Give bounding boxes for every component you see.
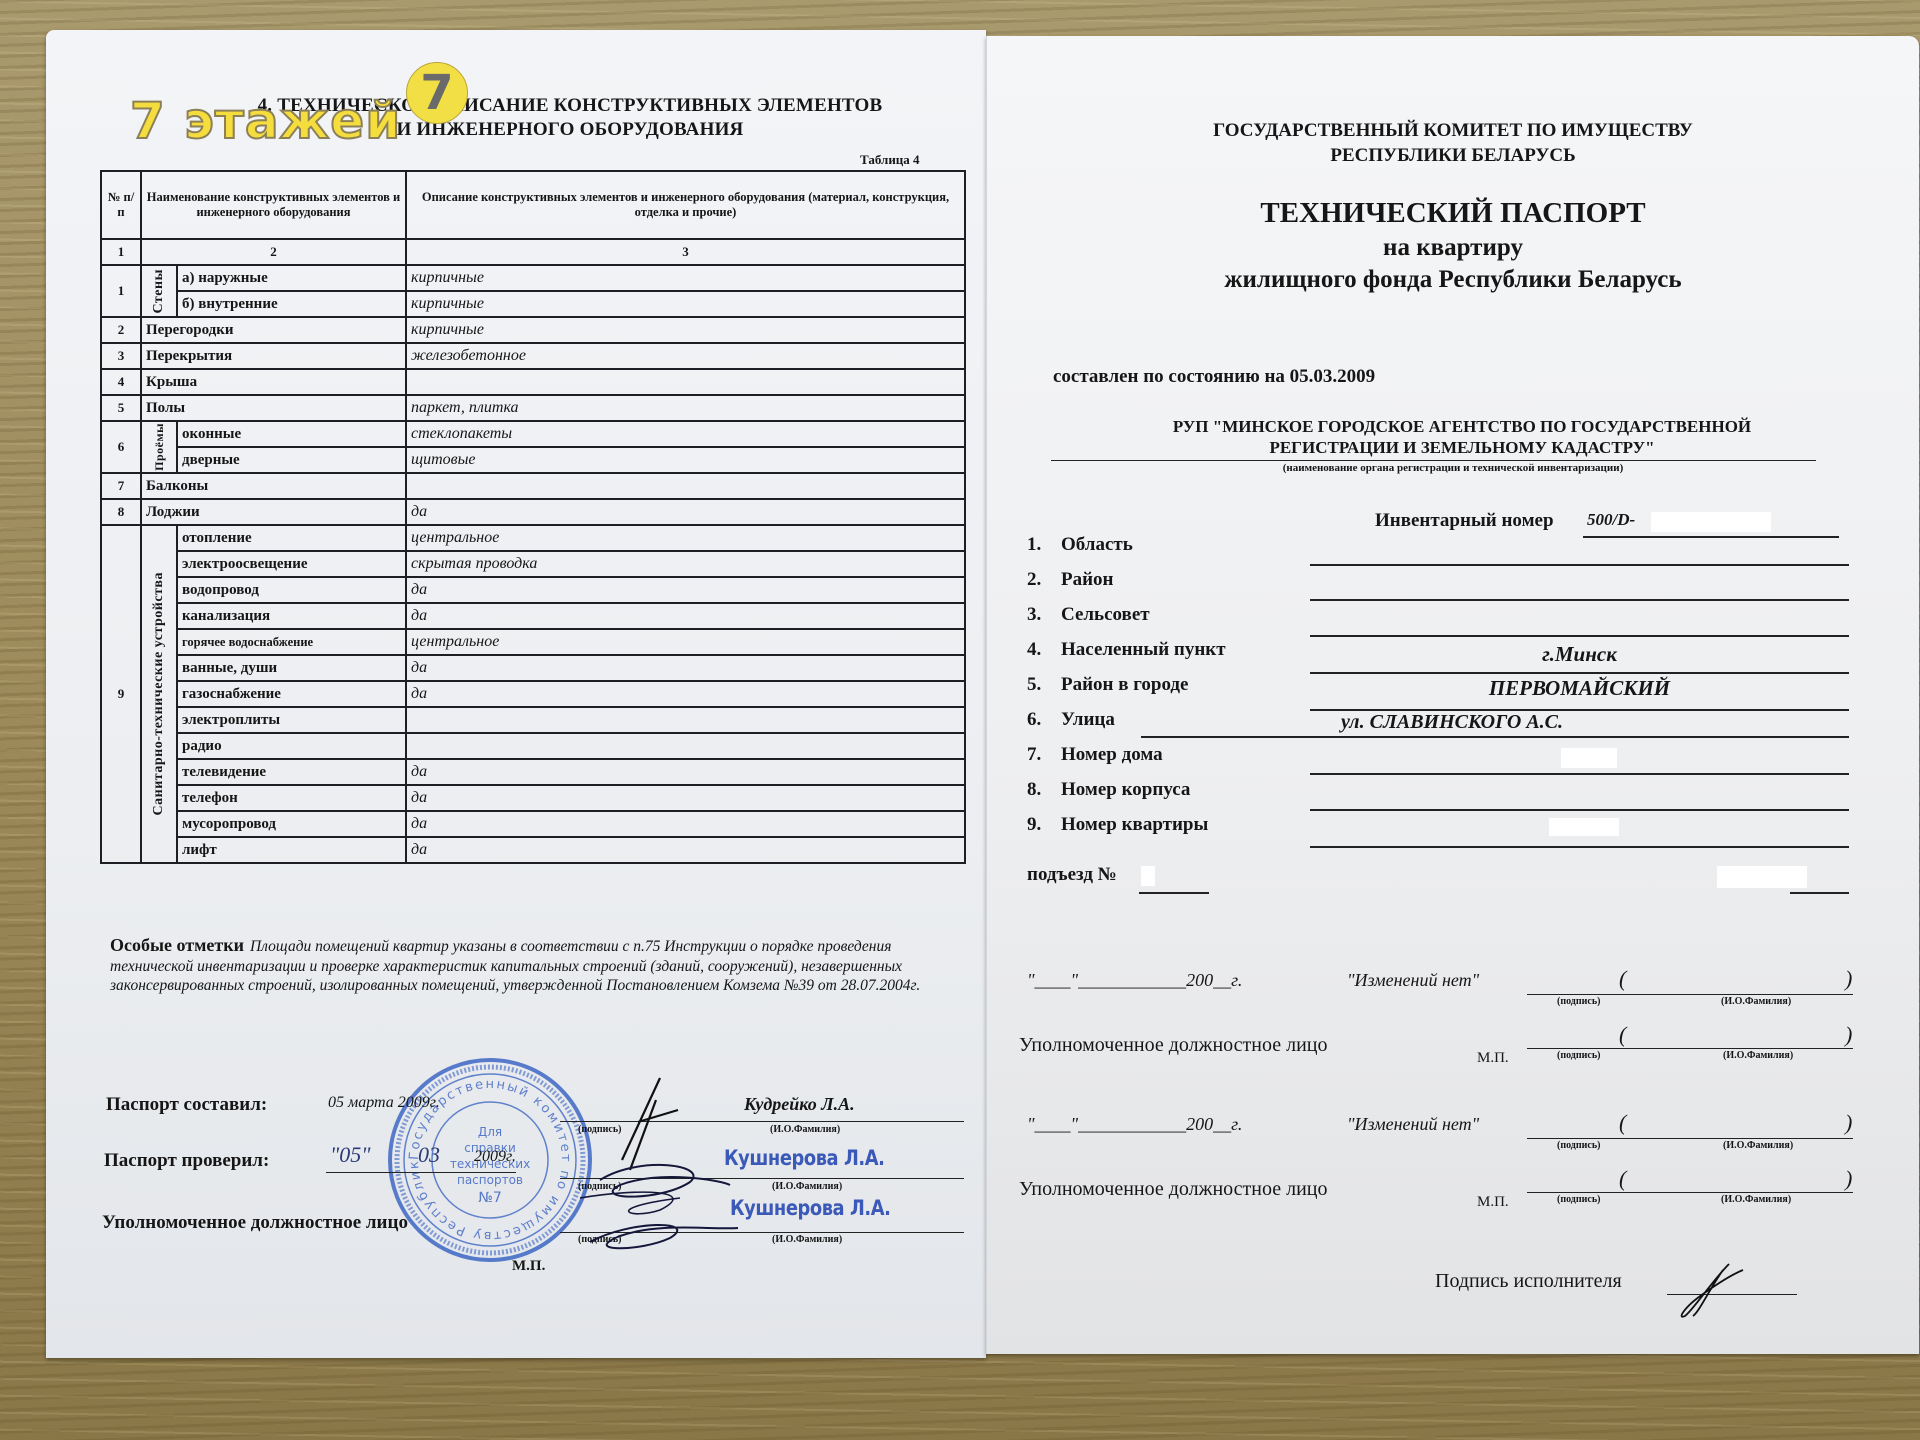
svg-text:№7: №7 xyxy=(478,1190,501,1206)
header-desc: Описание конструктивных элементов и инже… xyxy=(406,171,965,239)
document-title: ТЕХНИЧЕСКИЙ ПАСПОРТ xyxy=(987,196,1919,230)
row-name: электроосвещение xyxy=(177,551,406,577)
row-name: Лоджии xyxy=(141,499,406,525)
table-row: водопроводда xyxy=(101,577,965,603)
entrance-field: подъезд № xyxy=(1027,864,1117,886)
row-desc xyxy=(406,707,965,733)
field-house-number: 7.Номер дома xyxy=(1027,744,1163,766)
table-caption: Таблица 4 xyxy=(860,152,920,168)
paren-open: ( xyxy=(1619,966,1626,992)
row-num: 6 xyxy=(101,421,141,473)
change-date-template: "____"____________200__г. xyxy=(1027,1114,1242,1134)
redacted-area xyxy=(1717,866,1807,888)
spec-table: № п/п Наименование конструктивных элемен… xyxy=(100,170,966,864)
field-label: Номер дома xyxy=(1061,744,1163,765)
official-signature-line xyxy=(1527,1192,1853,1193)
field-village-council-line xyxy=(1310,635,1849,637)
field-village-council: 3.Сельсовет xyxy=(1027,604,1150,626)
org-name: ГОСУДАРСТВЕННЫЙ КОМИТЕТ ПО ИМУЩЕСТВУ РЕС… xyxy=(987,118,1919,168)
signature-scribble-icon xyxy=(560,1070,760,1260)
row-desc: кирпичные xyxy=(406,265,965,291)
table-row: 9 Санитарно-технические устройства отопл… xyxy=(101,525,965,551)
row-name: лифт xyxy=(177,837,406,863)
row-desc: кирпичные xyxy=(406,291,965,317)
table-row: 2 Перегородки кирпичные xyxy=(101,317,965,343)
group-label: Санитарно-технические устройства xyxy=(151,572,167,815)
checked-month: 03 xyxy=(418,1142,440,1168)
row-name: Перекрытия xyxy=(141,343,406,369)
field-street-line xyxy=(1141,736,1849,738)
field-num: 4. xyxy=(1027,639,1061,661)
row-desc: кирпичные xyxy=(406,317,965,343)
document-subtitle1: на квартиру xyxy=(987,232,1919,264)
row-desc xyxy=(406,473,965,499)
header-name: Наименование конструктивных элементов и … xyxy=(141,171,406,239)
field-house-number-line xyxy=(1310,773,1849,775)
official-signature-line xyxy=(1527,1048,1853,1049)
field-city-district-value: ПЕРВОМАЙСКИЙ xyxy=(1310,676,1849,701)
special-notes-label: Особые отметки xyxy=(110,935,244,955)
row-num: 9 xyxy=(101,525,141,863)
name-caption: (И.О.Фамилия) xyxy=(772,1181,842,1192)
field-label: Улица xyxy=(1061,709,1115,730)
field-num: 1. xyxy=(1027,534,1061,556)
table-row: газоснабжениеда xyxy=(101,681,965,707)
agency-line2: РЕГИСТРАЦИИ И ЗЕМЕЛЬНОМУ КАДАСТРУ" xyxy=(1047,437,1877,458)
no-changes-label: "Изменений нет" xyxy=(1347,970,1479,990)
row-num: 3 xyxy=(101,343,141,369)
field-district-line xyxy=(1310,599,1849,601)
field-num: 6. xyxy=(1027,709,1061,731)
table-row: телефонда xyxy=(101,785,965,811)
signature-caption: (подпись) xyxy=(1557,1140,1600,1151)
paren-close: ) xyxy=(1845,966,1852,992)
row-num: 2 xyxy=(101,317,141,343)
row-desc: да xyxy=(406,603,965,629)
seal-label: М.П. xyxy=(1477,1050,1509,1067)
checked-label: Паспорт проверил: xyxy=(104,1150,269,1172)
field-label: Район в городе xyxy=(1061,674,1188,695)
row-num: 4 xyxy=(101,369,141,395)
row-desc: щитовые xyxy=(406,447,965,473)
agency-name: РУП "МИНСКОЕ ГОРОДСКОЕ АГЕНТСТВО ПО ГОСУ… xyxy=(1047,416,1877,458)
checked-year: 2009г. xyxy=(474,1148,516,1166)
paren-close: ) xyxy=(1845,1110,1852,1136)
redacted-area xyxy=(1549,818,1619,836)
row-name: Полы xyxy=(141,395,406,421)
row-name: горячее водоснабжение xyxy=(177,629,406,655)
row-name: Перегородки xyxy=(141,317,406,343)
seal-label: М.П. xyxy=(512,1258,545,1275)
field-label: Область xyxy=(1061,534,1133,555)
paren-open: ( xyxy=(1619,1022,1626,1048)
field-building-number-line xyxy=(1310,809,1849,811)
row-name: водопровод xyxy=(177,577,406,603)
table-row: б) внутренние кирпичные xyxy=(101,291,965,317)
row-num: 5 xyxy=(101,395,141,421)
row-desc: центральное xyxy=(406,525,965,551)
checked-date-line xyxy=(326,1172,516,1173)
colnum-2: 2 xyxy=(141,239,406,265)
row-name: б) внутренние xyxy=(177,291,406,317)
paren-close: ) xyxy=(1845,1166,1852,1192)
row-name: радио xyxy=(177,733,406,759)
field-city-district: 5.Район в городе xyxy=(1027,674,1188,696)
row-name: ванные, души xyxy=(177,655,406,681)
badge-glyph: 7 xyxy=(420,63,453,123)
group-walls: Стены xyxy=(141,265,177,317)
row-name: Крыша xyxy=(141,369,406,395)
row-name: газоснабжение xyxy=(177,681,406,707)
inventory-value: 500/D- xyxy=(1587,510,1635,530)
table-row: 4 Крыша xyxy=(101,369,965,395)
field-street: 6.Улица xyxy=(1027,709,1115,731)
field-region-line xyxy=(1310,564,1849,566)
floor-line xyxy=(1790,892,1849,894)
row-desc: центральное xyxy=(406,629,965,655)
change-signature-line xyxy=(1527,1138,1853,1139)
svg-text:паспортов: паспортов xyxy=(457,1173,523,1187)
field-region: 1.Область xyxy=(1027,534,1133,556)
name-caption: (И.О.Фамилия) xyxy=(1721,1194,1791,1205)
field-label: Район xyxy=(1061,569,1114,590)
no-changes-label: "Изменений нет" xyxy=(1347,1114,1479,1134)
field-num: 2. xyxy=(1027,569,1061,591)
table-row: электроосвещениескрытая проводка xyxy=(101,551,965,577)
signature-caption: (подпись) xyxy=(1557,996,1600,1007)
row-desc: да xyxy=(406,811,965,837)
svg-text:Для: Для xyxy=(478,1125,502,1139)
row-name: дверные xyxy=(177,447,406,473)
name-caption: (И.О.Фамилия) xyxy=(772,1234,842,1245)
change-date-1: "____"____________200__г. xyxy=(1027,970,1242,992)
row-desc: да xyxy=(406,655,965,681)
executor-signature-icon xyxy=(1673,1260,1753,1322)
redacted-area xyxy=(1561,748,1617,768)
table-row: радио xyxy=(101,733,965,759)
document-subtitle2: жилищного фонда Республики Беларусь xyxy=(987,264,1919,296)
row-num: 8 xyxy=(101,499,141,525)
row-desc: да xyxy=(406,837,965,863)
compiled-name: Кудрейко Л.А. xyxy=(744,1094,855,1115)
official-label-1: Уполномоченное должностное лицо xyxy=(1019,1034,1328,1057)
field-locality-value: г.Минск xyxy=(1310,642,1849,667)
table-row: 5 Полы паркет, плитка xyxy=(101,395,965,421)
field-label: Номер квартиры xyxy=(1061,814,1208,835)
table-row: 3 Перекрытия железобетонное xyxy=(101,343,965,369)
row-name: мусоропровод xyxy=(177,811,406,837)
row-num: 7 xyxy=(101,473,141,499)
seven-badge-icon: 7 xyxy=(406,62,468,124)
row-name: телевидение xyxy=(177,759,406,785)
field-apartment-number-line xyxy=(1310,846,1849,848)
table-row: лифтда xyxy=(101,837,965,863)
signature-caption: (подпись) xyxy=(1557,1050,1600,1061)
table-row: дверные щитовые xyxy=(101,447,965,473)
no-changes-1: "Изменений нет" xyxy=(1347,970,1479,992)
field-apartment-number: 9.Номер квартиры xyxy=(1027,814,1208,836)
colnum-1: 1 xyxy=(101,239,141,265)
header-num: № п/п xyxy=(101,171,141,239)
table-row: 1 Стены а) наружные кирпичные xyxy=(101,265,965,291)
table-row: канализацияда xyxy=(101,603,965,629)
row-desc: паркет, плитка xyxy=(406,395,965,421)
group-label: Стены xyxy=(151,269,167,314)
row-desc: скрытая проводка xyxy=(406,551,965,577)
inventory-label: Инвентарный номер xyxy=(1375,510,1554,532)
field-label: Сельсовет xyxy=(1061,604,1150,625)
field-num: 3. xyxy=(1027,604,1061,626)
column-number-row: 1 2 3 xyxy=(101,239,965,265)
agency-line1: РУП "МИНСКОЕ ГОРОДСКОЕ АГЕНТСТВО ПО ГОСУ… xyxy=(1047,416,1877,437)
agency-underline xyxy=(1051,460,1816,461)
field-street-value: ул. СЛАВИНСКОГО А.С. xyxy=(1287,711,1617,734)
field-num: 9. xyxy=(1027,814,1061,836)
entrance-label: подъезд № xyxy=(1027,864,1117,885)
redacted-area xyxy=(1141,866,1155,886)
row-desc: железобетонное xyxy=(406,343,965,369)
agency-caption: (наименование органа регистрации и техни… xyxy=(987,462,1919,474)
colnum-3: 3 xyxy=(406,239,965,265)
row-name: Балконы xyxy=(141,473,406,499)
compiled-date: 05 марта 2009г. xyxy=(328,1094,440,1112)
row-desc: да xyxy=(406,499,965,525)
table-row: 8 Лоджии да xyxy=(101,499,965,525)
field-num: 5. xyxy=(1027,674,1061,696)
executor-label: Подпись исполнителя xyxy=(1435,1270,1622,1293)
compiled-label: Паспорт составил: xyxy=(106,1094,267,1116)
table-row: телевидениеда xyxy=(101,759,965,785)
paren-open: ( xyxy=(1619,1110,1626,1136)
name-caption: (И.О.Фамилия) xyxy=(1721,996,1791,1007)
table-row: электроплиты xyxy=(101,707,965,733)
official-label: Уполномоченное должностное лицо xyxy=(102,1212,408,1234)
row-num: 1 xyxy=(101,265,141,317)
official-label-2: Уполномоченное должностное лицо xyxy=(1019,1178,1328,1201)
name-caption: (И.О.Фамилия) xyxy=(1723,1140,1793,1151)
row-name: канализация xyxy=(177,603,406,629)
row-desc: да xyxy=(406,681,965,707)
state-as-of: составлен по состоянию на 05.03.2009 xyxy=(1053,366,1375,388)
paren-close: ) xyxy=(1845,1022,1852,1048)
row-desc: да xyxy=(406,759,965,785)
row-desc: да xyxy=(406,785,965,811)
row-name: телефон xyxy=(177,785,406,811)
field-building-number: 8.Номер корпуса xyxy=(1027,779,1190,801)
org-line2: РЕСПУБЛИКИ БЕЛАРУСЬ xyxy=(987,143,1919,168)
table-row: 7 Балконы xyxy=(101,473,965,499)
entrance-line xyxy=(1139,892,1209,894)
table-row: горячее водоснабжениецентральное xyxy=(101,629,965,655)
row-name: отопление xyxy=(177,525,406,551)
group-sanitary: Санитарно-технические устройства xyxy=(141,525,177,863)
table-row: 6 Проёмы оконные стеклопакеты xyxy=(101,421,965,447)
change-date-template: "____"____________200__г. xyxy=(1027,970,1242,990)
redacted-area xyxy=(1651,512,1771,532)
field-locality: 4.Населенный пункт xyxy=(1027,639,1226,661)
change-signature-line xyxy=(1527,994,1853,995)
org-line1: ГОСУДАРСТВЕННЫЙ КОМИТЕТ ПО ИМУЩЕСТВУ xyxy=(987,118,1919,143)
field-district: 2.Район xyxy=(1027,569,1114,591)
row-desc xyxy=(406,369,965,395)
row-desc: стеклопакеты xyxy=(406,421,965,447)
special-notes: Особые отметкиПлощади помещений квартир … xyxy=(110,936,960,996)
group-label: Проёмы xyxy=(153,423,165,471)
right-page: ГОСУДАРСТВЕННЫЙ КОМИТЕТ ПО ИМУЩЕСТВУ РЕС… xyxy=(986,36,1919,1354)
table-row: мусоропроводда xyxy=(101,811,965,837)
inventory-underline xyxy=(1583,536,1839,538)
no-changes-2: "Изменений нет" xyxy=(1347,1114,1479,1136)
checked-day: "05" xyxy=(330,1142,370,1168)
field-label: Населенный пункт xyxy=(1061,639,1226,660)
row-desc: да xyxy=(406,577,965,603)
name-caption: (И.О.Фамилия) xyxy=(770,1124,840,1135)
field-label: Номер корпуса xyxy=(1061,779,1190,800)
table-row: ванные, душида xyxy=(101,655,965,681)
field-num: 7. xyxy=(1027,744,1061,766)
field-num: 8. xyxy=(1027,779,1061,801)
row-name: электроплиты xyxy=(177,707,406,733)
change-date-2: "____"____________200__г. xyxy=(1027,1114,1242,1136)
seal-label: М.П. xyxy=(1477,1194,1509,1211)
name-caption: (И.О.Фамилия) xyxy=(1723,1050,1793,1061)
signature-caption: (подпись) xyxy=(1557,1194,1600,1205)
table-header-row: № п/п Наименование конструктивных элемен… xyxy=(101,171,965,239)
row-name: а) наружные xyxy=(177,265,406,291)
paren-open: ( xyxy=(1619,1166,1626,1192)
group-openings: Проёмы xyxy=(141,421,177,473)
row-name: оконные xyxy=(177,421,406,447)
field-locality-line xyxy=(1310,672,1849,674)
floors-overlay-label: 7 этажей xyxy=(130,96,401,146)
row-desc xyxy=(406,733,965,759)
